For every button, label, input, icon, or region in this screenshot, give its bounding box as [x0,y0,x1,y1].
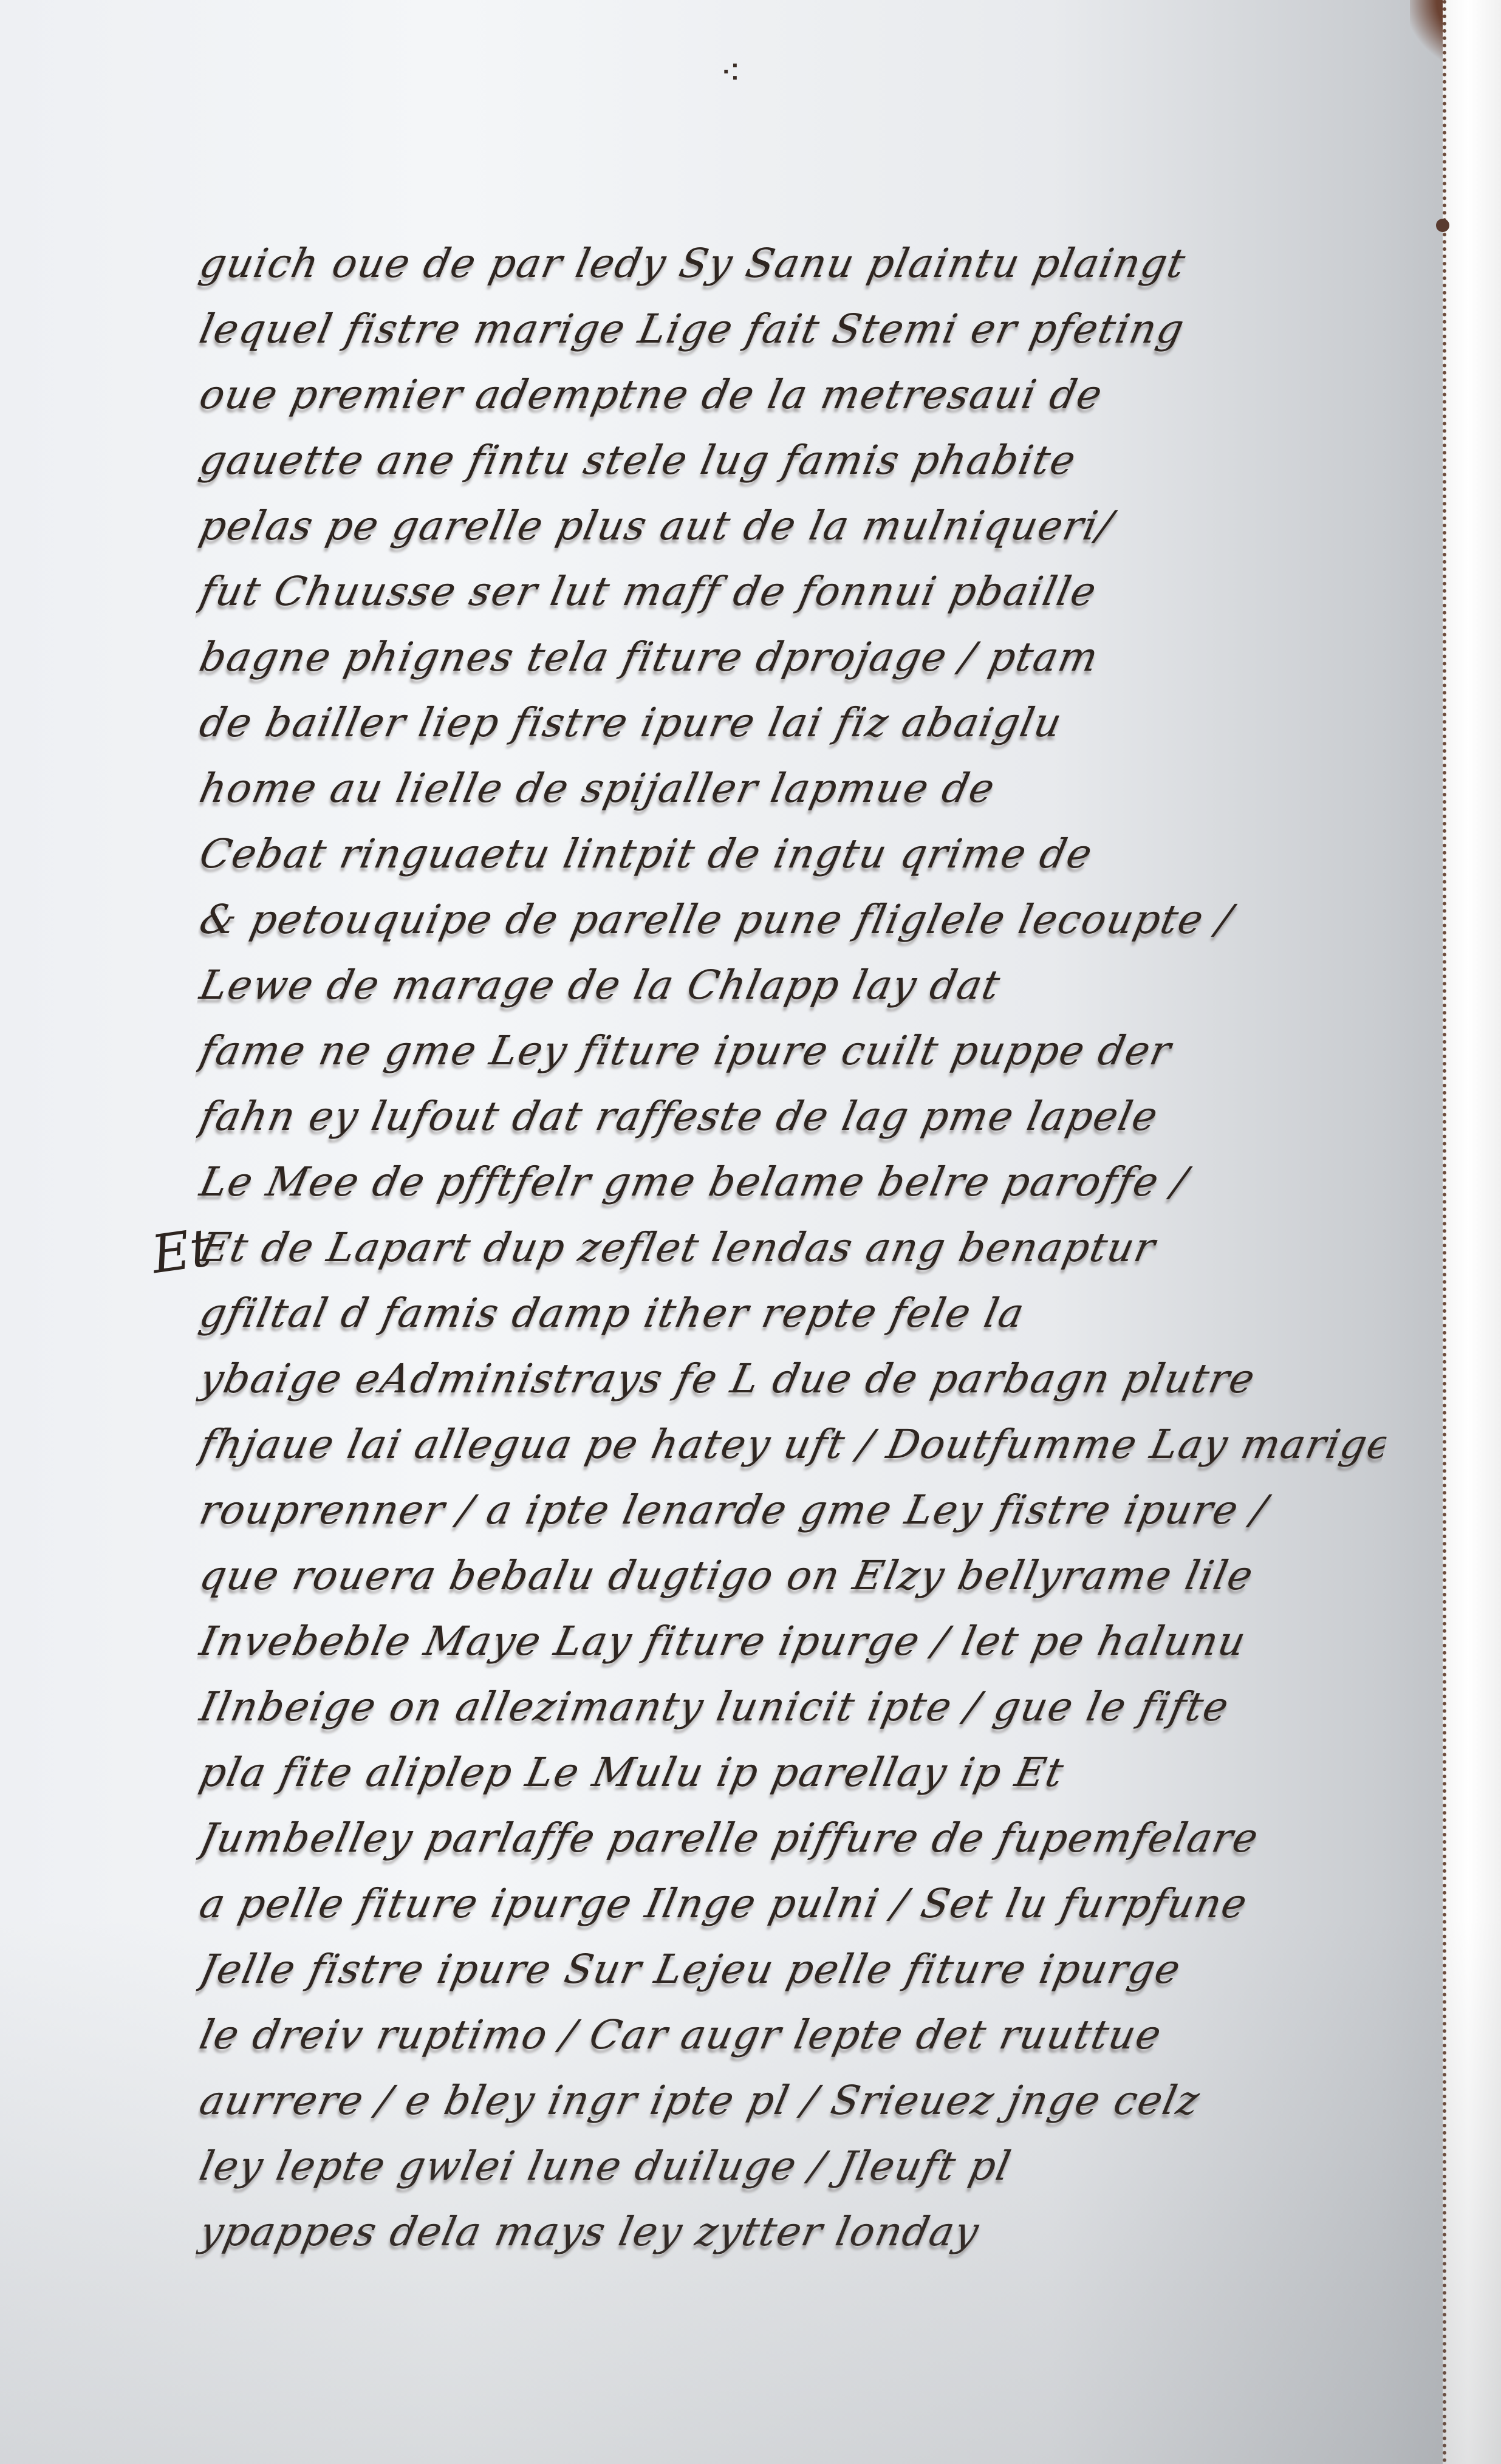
text-line: lequel fistre marige Lige fait Stemi er … [194,296,1392,362]
text-line: oue premier ademptne de la metresaui de [194,362,1392,428]
text-line: home au lielle de spijaller lapmue de [194,756,1392,821]
text-line: Ilnbeige on allezimanty lunicit ipte / g… [194,1674,1392,1740]
text-line: fhjaue lai allegua pe hatey uft / Doutfu… [194,1412,1392,1477]
text-line: a pelle fiture ipurge Ilnge pulni / Set … [194,1871,1392,1937]
text-line: aurrere / e bley ingr ipte pl / Srieuez … [194,2068,1392,2134]
text-line: Invebeble Maye Lay fiture ipurge / let p… [194,1609,1392,1674]
text-line: pla fite aliplep Le Mulu ip parellay ip … [194,1740,1392,1805]
text-line: guich oue de par ledy Sy Sanu plaintu pl… [194,231,1392,296]
text-line: le dreiv ruptimo / Car augr lepte det ru… [194,2002,1392,2068]
text-line: pelas pe garelle plus aut de la mulnique… [194,493,1392,559]
manuscript-page: ⁖ Et guich oue de par ledy Sy Sanu plain… [0,0,1501,2464]
top-mark: ⁖ [720,52,741,94]
text-line: que rouera bebalu dugtigo on Elzy bellyr… [194,1543,1392,1609]
text-line: fame ne gme Ley fiture ipure cuilt puppe… [194,1018,1392,1084]
text-line: de bailler liep fistre ipure lai fiz aba… [194,690,1392,756]
text-line: ybaige eAdministrays fe L due de parbagn… [194,1346,1392,1412]
text-line: Et de Lapart dup zeflet lendas ang benap… [194,1215,1392,1281]
text-line: Lewe de marage de la Chlapp lay dat [194,953,1392,1018]
page-binding-edge [1443,0,1501,2464]
text-line: Cebat ringuaetu lintpit de ingtu qrime d… [194,821,1392,887]
text-line: fahn ey lufout dat raffeste de lag pme l… [194,1084,1392,1149]
text-line: Jelle fistre ipure Sur Lejeu pelle fitur… [194,1937,1392,2002]
text-line: fut Chuusse ser lut maff de fonnui pbail… [194,559,1392,625]
text-line: & petouquipe de parelle pune fliglele le… [194,887,1392,953]
ink-stain [1436,219,1449,232]
handwritten-text: guich oue de par ledy Sy Sanu plaintu pl… [200,231,1385,2265]
text-line: gfiltal d famis damp ither repte fele la [194,1281,1392,1346]
text-line: gauette ane fintu stele lug famis phabit… [194,428,1392,493]
text-line: Jumbelley parlaffe parelle piffure de fu… [194,1805,1392,1871]
text-line: ypappes dela mays ley zytter londay [194,2199,1392,2265]
text-line: rouprenner / a ipte lenarde gme Ley fist… [194,1477,1392,1543]
text-line: bagne phignes tela fiture dprojage / pta… [194,625,1392,690]
text-line: Le Mee de pfftfelr gme belame belre paro… [194,1149,1392,1215]
text-line: ley lepte gwlei lune duiluge / Jleuft pl [194,2134,1392,2199]
